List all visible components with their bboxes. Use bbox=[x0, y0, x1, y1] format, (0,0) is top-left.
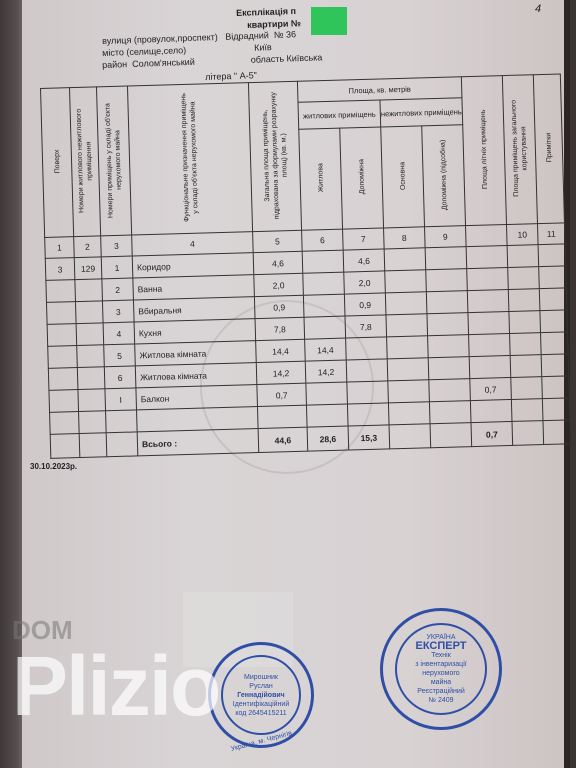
cell-main bbox=[388, 402, 430, 425]
cell-aux bbox=[347, 381, 389, 404]
cell-notes bbox=[539, 288, 567, 311]
watermark-brand: Plizio bbox=[12, 646, 219, 726]
header-notes: Примітки bbox=[533, 74, 564, 224]
cell-living bbox=[306, 382, 348, 405]
redacted-block bbox=[311, 7, 347, 35]
stamp-text: Мирошник bbox=[244, 673, 278, 682]
header-summer-area: Площа літніх приміщень bbox=[461, 76, 506, 226]
cell-notes bbox=[539, 266, 567, 289]
header-living: Житлова bbox=[299, 128, 343, 230]
page-number: 4 bbox=[535, 3, 541, 15]
stamp-text: № 2409 bbox=[428, 696, 453, 705]
cell-living bbox=[304, 316, 346, 339]
cell-room bbox=[106, 410, 138, 433]
cell-main bbox=[385, 270, 427, 293]
cell-notes bbox=[542, 376, 570, 399]
cell-unit bbox=[77, 367, 105, 390]
colnum: 2 bbox=[74, 236, 102, 258]
cell-aux-storage bbox=[428, 357, 470, 380]
stamp-text: Ідентифікаційний bbox=[233, 700, 290, 709]
cell-summer: 0,7 bbox=[470, 377, 512, 400]
cell-floor: 3 bbox=[45, 258, 75, 281]
header-auxiliary: Допоміжна bbox=[340, 127, 384, 229]
header-unit-number: Номери житлового нежитлового приміщення bbox=[70, 87, 101, 237]
cell-room: 1 bbox=[101, 256, 133, 279]
document-date: 30.10.2023р. bbox=[30, 462, 77, 471]
header-floor: Поверх bbox=[41, 88, 74, 238]
cell-summer bbox=[469, 333, 511, 356]
cell-floor bbox=[48, 346, 78, 369]
cell-common bbox=[511, 377, 543, 400]
cell-total bbox=[257, 405, 307, 428]
cell-total: 4,6 bbox=[253, 251, 303, 274]
colnum: 9 bbox=[425, 226, 467, 248]
cell-total: 7,8 bbox=[255, 317, 305, 340]
cell-notes bbox=[540, 310, 568, 333]
cell-floor bbox=[50, 412, 80, 435]
colnum: 10 bbox=[506, 224, 538, 246]
cell-notes bbox=[541, 332, 569, 355]
cell-unit bbox=[75, 301, 103, 324]
cell-total: 14,4 bbox=[256, 339, 306, 362]
header-main: Основна bbox=[381, 126, 425, 228]
stamp-text: майна bbox=[431, 678, 451, 687]
cell-aux-storage bbox=[428, 335, 470, 358]
totals-label: Всього : bbox=[137, 429, 259, 456]
header-room-number: Номери приміщень у складі об'єкта нерухо… bbox=[96, 86, 131, 236]
cell-aux: 2,0 bbox=[344, 271, 386, 294]
cell-unit: 129 bbox=[74, 257, 102, 280]
header-nonresidential-group: нежитлових приміщень bbox=[380, 98, 463, 127]
cell-notes bbox=[542, 398, 570, 421]
cell-living: 14,2 bbox=[305, 360, 347, 383]
colnum: 6 bbox=[302, 229, 344, 251]
cell-unit bbox=[78, 389, 106, 412]
cell-room: 2 bbox=[102, 278, 134, 301]
cell-summer bbox=[469, 355, 511, 378]
stamp-text: Технік bbox=[431, 651, 451, 660]
cell-main bbox=[388, 380, 430, 403]
totals-aux: 15,3 bbox=[348, 425, 390, 450]
cell-room: 6 bbox=[104, 366, 136, 389]
cell-aux-storage bbox=[426, 291, 468, 314]
explication-table: Поверх Номери житлового нежитлового прим… bbox=[40, 73, 571, 458]
cell-common bbox=[507, 245, 539, 268]
cell-summer bbox=[470, 399, 512, 422]
cell-common bbox=[510, 355, 542, 378]
cell-summer bbox=[466, 246, 508, 269]
cell-total: 0,7 bbox=[257, 383, 307, 406]
cell-room: 3 bbox=[102, 300, 134, 323]
header-common-area: Площа приміщень загального користування bbox=[502, 75, 537, 225]
cell-floor bbox=[49, 390, 79, 413]
cell-common bbox=[510, 333, 542, 356]
cell-summer bbox=[468, 311, 510, 334]
colnum bbox=[466, 225, 508, 247]
stamp-text: нерухомого bbox=[422, 669, 459, 678]
stamp-text: Геннадійович bbox=[237, 691, 285, 700]
cell-main bbox=[384, 248, 426, 271]
cell-aux-storage bbox=[429, 401, 471, 424]
cell-summer bbox=[467, 290, 509, 313]
header-auxiliary-storage: Допоміжна (підсобна) bbox=[422, 125, 466, 227]
cell-main bbox=[387, 358, 429, 381]
colnum: 1 bbox=[45, 237, 75, 259]
cell-common bbox=[508, 289, 540, 312]
cell-living bbox=[303, 294, 345, 317]
cell-room: 4 bbox=[103, 322, 135, 345]
stamp-text: Реєстраційний bbox=[417, 687, 464, 696]
cell-living bbox=[306, 404, 348, 427]
cell-aux-storage bbox=[425, 247, 467, 270]
cell-summer bbox=[467, 268, 509, 291]
cell-aux bbox=[346, 337, 388, 360]
litera-line: літера " А-5" bbox=[205, 70, 257, 82]
cell-floor bbox=[48, 368, 78, 391]
colnum: 5 bbox=[253, 230, 303, 252]
cell-total: 2,0 bbox=[254, 273, 304, 296]
cell-common bbox=[511, 399, 543, 422]
cell-aux: 4,6 bbox=[343, 249, 385, 272]
totals-summer: 0,7 bbox=[471, 421, 513, 446]
colnum: 7 bbox=[343, 228, 385, 250]
cell-aux-storage bbox=[427, 313, 469, 336]
cell-main bbox=[385, 292, 427, 315]
stamp-right: УКРАЇНА ЕКСПЕРТ Технік з інвентаризації … bbox=[380, 608, 502, 730]
title-line2: квартири № bbox=[247, 18, 301, 30]
cell-aux-storage bbox=[426, 269, 468, 292]
cell-main bbox=[386, 314, 428, 337]
cell-main bbox=[387, 336, 429, 359]
cell-floor bbox=[46, 280, 76, 303]
cell-aux bbox=[347, 403, 389, 426]
colnum: 11 bbox=[537, 223, 565, 245]
stamp-title: ЕКСПЕРТ bbox=[415, 642, 466, 651]
cell-room: І bbox=[105, 388, 137, 411]
cell-notes bbox=[538, 244, 566, 267]
totals-total: 44,6 bbox=[258, 427, 308, 452]
cell-floor bbox=[46, 302, 76, 325]
cell-aux-storage bbox=[429, 379, 471, 402]
header-residential-group: житлових приміщень bbox=[298, 100, 381, 129]
cell-floor bbox=[47, 324, 77, 347]
cell-unit bbox=[75, 279, 103, 302]
cell-room: 5 bbox=[104, 344, 136, 367]
colnum: 8 bbox=[384, 227, 426, 249]
stamp-text: з інвентаризації bbox=[415, 660, 466, 669]
cell-common bbox=[508, 267, 540, 290]
cell-living bbox=[302, 250, 344, 273]
cell-unit bbox=[76, 323, 104, 346]
stamp-text: Руслан bbox=[249, 682, 272, 691]
header-function: Функціональне призначення приміщень у ск… bbox=[127, 83, 252, 235]
cell-living: 14,4 bbox=[305, 338, 347, 361]
header-total-area: Загальна площа приміщень, підрахована за… bbox=[248, 81, 301, 231]
cell-notes bbox=[541, 354, 569, 377]
cell-aux: 7,8 bbox=[345, 315, 387, 338]
cell-total: 0,9 bbox=[254, 295, 304, 318]
stamp-left: Мирошник Руслан Геннадійович Ідентифікац… bbox=[208, 642, 314, 748]
cell-unit bbox=[77, 345, 105, 368]
cell-living bbox=[303, 272, 345, 295]
site-watermark: DOM Plizio bbox=[12, 615, 219, 726]
cell-total: 14,2 bbox=[256, 361, 306, 384]
totals-living: 28,6 bbox=[307, 426, 349, 451]
cell-common bbox=[509, 311, 541, 334]
title-line1: Експлікація п bbox=[236, 6, 296, 18]
colnum: 3 bbox=[101, 235, 133, 257]
cell-aux bbox=[346, 359, 388, 382]
stamp-text: код 2645415211 bbox=[235, 709, 286, 718]
cell-unit bbox=[79, 411, 107, 434]
cell-aux: 0,9 bbox=[344, 293, 386, 316]
